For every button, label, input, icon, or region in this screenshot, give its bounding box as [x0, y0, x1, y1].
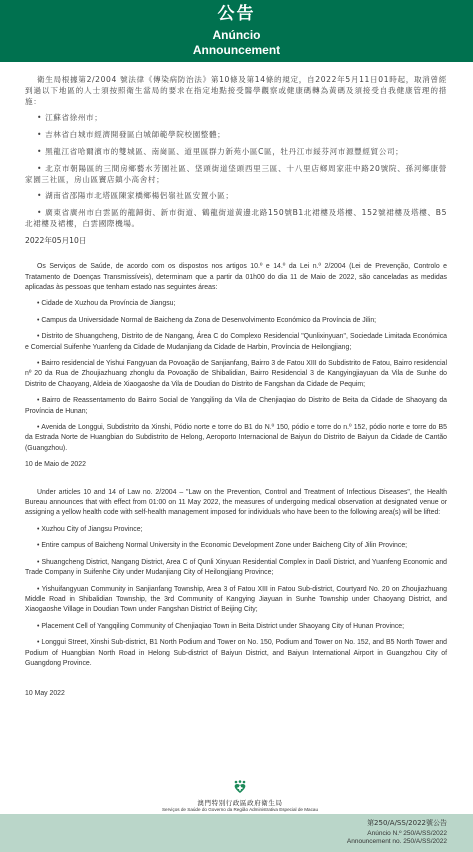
issuer-name-zh: 澳門特別行政區政府衛生局	[150, 799, 330, 807]
intro-pt: Os Serviços de Saúde, de acordo com os d…	[25, 262, 447, 293]
bullet-en: • Yishuifangyuan Community in Sanjianfan…	[25, 585, 447, 616]
intro-zh: 衛生局根據第2/2004 號法律《傳染病防治法》第10條及第14條的規定，自20…	[25, 75, 447, 107]
bullet-zh: • 吉林省白城市經濟開發區白城師範學院校園整體；	[25, 130, 447, 141]
date-pt: 10 de Maio de 2022	[25, 460, 447, 470]
bullet-pt: • Bairro residencial de Yishui Fangyuan …	[25, 359, 447, 390]
health-bureau-logo-icon	[233, 780, 247, 794]
bullet-en: • Entire campus of Baicheng Normal Unive…	[25, 541, 447, 551]
bullet-pt: • Campus da Universidade Normal de Baich…	[25, 316, 447, 326]
bullet-en: • Xuzhou City of Jiangsu Province;	[25, 525, 447, 535]
bullet-zh: • 北京市朝陽區的三間房鄉藝水芳園社區、垡頭街道垡頭西里三區、十八里店鄉周家莊中…	[25, 164, 447, 186]
issuer-name-pt: Serviços de Saúde do Governo da Região A…	[110, 807, 370, 813]
ref-zh: 第250/A/SS/2022號公告	[347, 818, 447, 829]
date-en: 10 May 2022	[25, 689, 447, 699]
title-en: Announcement	[0, 43, 473, 57]
bullet-pt: • Distrito de Shuangcheng, Distrito de d…	[25, 332, 447, 353]
date-zh: 2022年05月10日	[25, 236, 447, 246]
bullet-zh: • 江蘇省徐州市；	[25, 113, 447, 124]
bullet-pt: • Avenida de Longgui, Subdistrito da Xin…	[25, 423, 447, 454]
title-pt: Anúncio	[0, 28, 473, 42]
announcement-header: 公告 Anúncio Announcement	[0, 0, 473, 62]
bullet-pt: • Cidade de Xuzhou da Província de Jiang…	[25, 299, 447, 309]
bullet-zh: • 廣東省廣州市白雲區的龍歸街、新市街道、鶴龍街道黃邊北路150號B1北裙樓及塔…	[25, 208, 447, 230]
issuer-block: 澳門特別行政區政府衛生局 Serviços de Saúde do Govern…	[150, 780, 330, 813]
bullet-en: • Placement Cell of Yangqiling Community…	[25, 622, 447, 632]
bullet-zh: • 湖南省邵陽市北塔區陳家橋鄉楊侶嶺社區安置小區；	[25, 191, 447, 202]
bullet-pt: • Bairro de Reassentamento do Bairro Soc…	[25, 396, 447, 417]
footer-band: 第250/A/SS/2022號公告 Anúncio N.º 250/A/SS/2…	[0, 814, 473, 852]
bullet-zh: • 黑龍江省哈爾濱市的雙城區、南崗區、道里區群力新苑小區C區，牡丹江市綏芬河市源…	[25, 147, 447, 158]
bullet-en: • Longgui Street, Xinshi Sub-district, B…	[25, 638, 447, 669]
ref-pt: Anúncio N.º 250/A/SS/2022	[347, 830, 447, 838]
bullet-en: • Shuangcheng District, Nangang District…	[25, 558, 447, 579]
intro-en: Under articles 10 and 14 of Law no. 2/20…	[25, 488, 447, 519]
title-zh: 公告	[0, 4, 473, 24]
announcement-reference: 第250/A/SS/2022號公告 Anúncio N.º 250/A/SS/2…	[347, 818, 447, 846]
announcement-body: 衛生局根據第2/2004 號法律《傳染病防治法》第10條及第14條的規定，自20…	[25, 75, 447, 706]
ref-en: Announcement no. 250/A/SS/2022	[347, 838, 447, 846]
